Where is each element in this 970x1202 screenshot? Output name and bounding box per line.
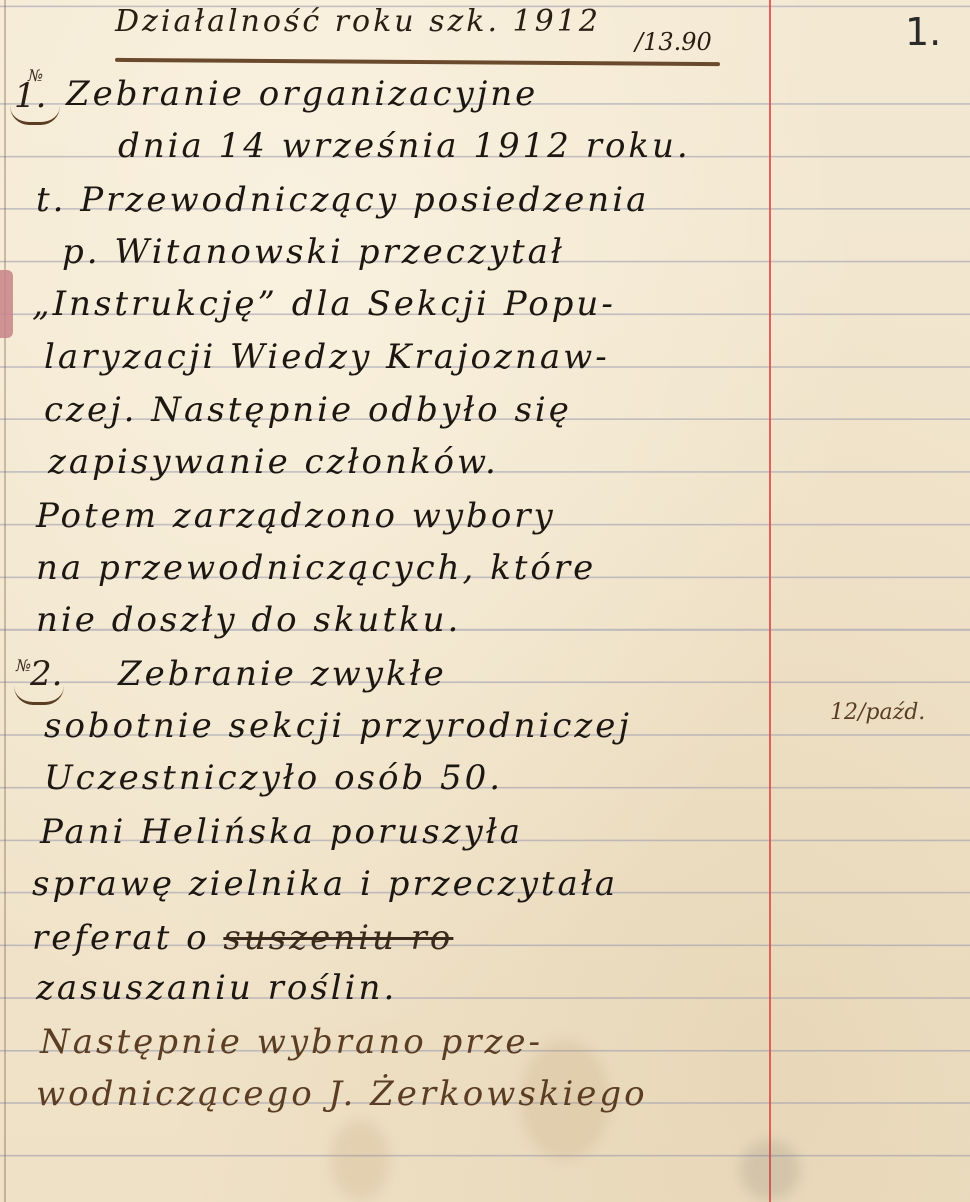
entry-line: wodniczącego J. Żerkowskiego bbox=[36, 1074, 648, 1114]
entry-line: Następnie wybrano prze- bbox=[40, 1022, 543, 1062]
entry-line: na przewodniczących, które bbox=[36, 548, 596, 588]
entry-line: Zebranie organizacyjne bbox=[66, 74, 538, 114]
page-number: 1. bbox=[905, 10, 941, 54]
margin-date-note: 12/paźd. bbox=[830, 700, 925, 725]
entry-line: p. Witanowski przeczytał bbox=[62, 232, 565, 272]
entry-line: Uczestniczyło osób 50. bbox=[44, 758, 503, 798]
stain bbox=[740, 1140, 800, 1200]
page-title: Działalność roku szk. 1912 bbox=[115, 4, 601, 39]
stain bbox=[330, 1120, 390, 1200]
entry-line: czej. Następnie odbyło się bbox=[44, 390, 572, 430]
header-date-suffix: /13.90 bbox=[635, 28, 712, 56]
entry-line: t. Przewodniczący posiedzenia bbox=[36, 180, 649, 220]
entry-line: sobotnie sekcji przyrodniczej bbox=[44, 706, 632, 746]
entry-line: „Instrukcję” dla Sekcji Popu- bbox=[32, 284, 616, 324]
red-margin-line bbox=[769, 0, 771, 1202]
entry-text: referat o bbox=[32, 918, 210, 958]
entry-line: Pani Helińska poruszyła bbox=[40, 812, 523, 852]
entry-line: referat o suszeniu ro bbox=[32, 918, 453, 958]
entry-line: zapisywanie członków. bbox=[48, 442, 499, 482]
page-binding-edge bbox=[4, 0, 6, 1202]
entry-line: dnia 14 września 1912 roku. bbox=[118, 126, 691, 166]
entry-line: Potem zarządzono wybory bbox=[36, 496, 556, 536]
entry-line: zasuszaniu roślin. bbox=[36, 968, 397, 1008]
entry-line: laryzacji Wiedzy Krajoznaw- bbox=[44, 337, 610, 377]
struck-out-text: suszeniu ro bbox=[223, 918, 453, 958]
entry-line: Zebranie zwykłe bbox=[118, 654, 447, 694]
entry-line: sprawę zielnika i przeczytała bbox=[32, 864, 618, 904]
entry-line: nie doszły do skutku. bbox=[36, 600, 461, 640]
notebook-page: Działalność roku szk. 1912 /13.90 1. № 1… bbox=[0, 0, 970, 1202]
pink-stain-mark bbox=[0, 270, 13, 338]
entry-number-sign: № bbox=[16, 656, 31, 675]
